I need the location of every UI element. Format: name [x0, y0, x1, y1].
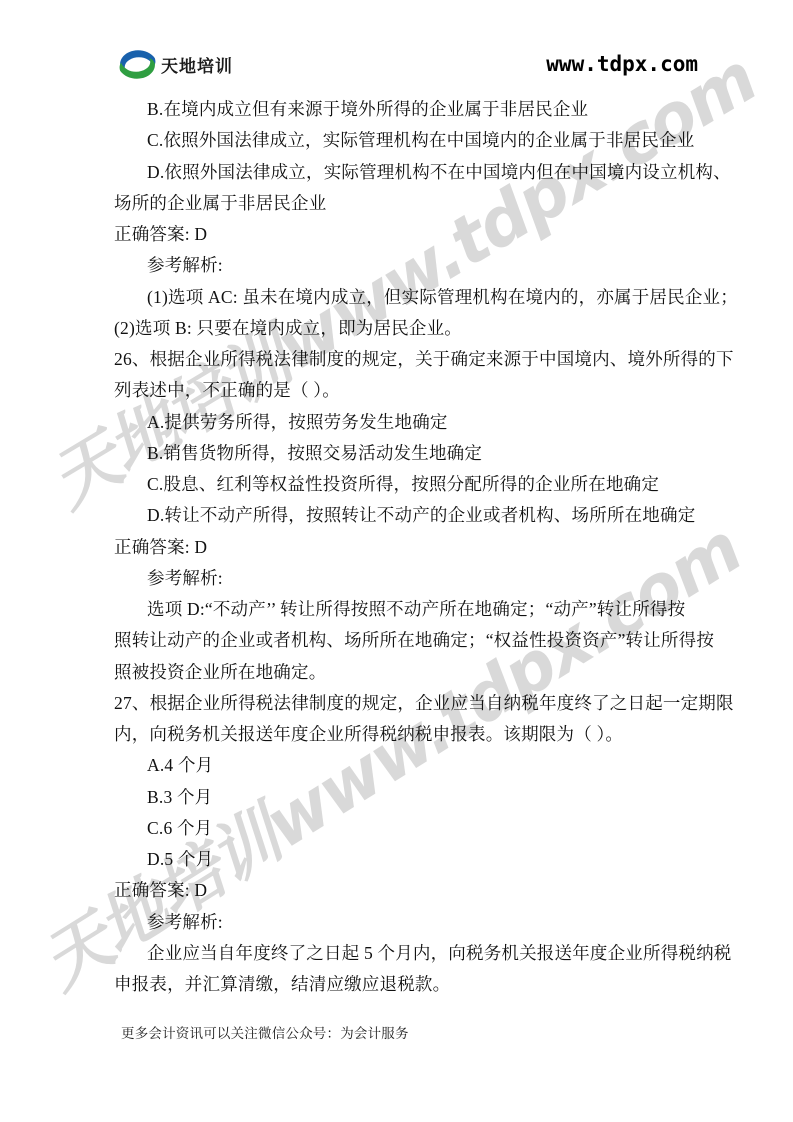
doc-line: C.6 个月 — [114, 813, 714, 844]
doc-line: 参考解析: — [114, 563, 714, 594]
doc-line: B.3 个月 — [114, 782, 714, 813]
doc-line: 正确答案: D — [114, 532, 714, 563]
doc-line: 正确答案: D — [114, 219, 714, 250]
doc-line: 26、根据企业所得税法律制度的规定，关于确定来源于中国境内、境外所得的下 — [114, 344, 714, 375]
doc-line: (2)选项 B: 只要在境内成立，即为居民企业。 — [114, 313, 714, 344]
doc-line: C.股息、红利等权益性投资所得，按照分配所得的企业所在地确定 — [114, 469, 714, 500]
doc-line: 正确答案: D — [114, 875, 714, 906]
document-body: B.在境内成立但有来源于境外所得的企业属于非居民企业C.依照外国法律成立，实际管… — [114, 94, 714, 1000]
doc-line: (1)选项 AC: 虽未在境内成立，但实际管理机构在境内的，亦属于居民企业； — [114, 282, 714, 313]
logo-wordmark: 天地培训 — [161, 52, 233, 77]
site-url: www.tdpx.com — [546, 52, 698, 76]
doc-line: 参考解析: — [114, 907, 714, 938]
doc-line: 27、根据企业所得税法律制度的规定，企业应当自纳税年度终了之日起一定期限 — [114, 688, 714, 719]
doc-line: D.转让不动产所得，按照转让不动产的企业或者机构、场所所在地确定 — [114, 500, 714, 531]
doc-line: 参考解析: — [114, 250, 714, 281]
doc-line: B.在境内成立但有来源于境外所得的企业属于非居民企业 — [114, 94, 714, 125]
tiandi-swirl-icon — [117, 49, 158, 80]
doc-line: 选项 D:“不动产’’ 转让所得按照不动产所在地确定；“动产”转让所得按 — [114, 594, 714, 625]
doc-line: 照转让动产的企业或者机构、场所所在地确定；“权益性投资资产”转让所得按 — [114, 625, 714, 656]
doc-line: 照被投资企业所在地确定。 — [114, 657, 714, 688]
doc-line: 列表述中，不正确的是（ ）。 — [114, 375, 714, 406]
footer-note: 更多会计资讯可以关注微信公众号：为会计服务 — [121, 1024, 409, 1044]
doc-line: C.依照外国法律成立，实际管理机构在中国境内的企业属于非居民企业 — [114, 125, 714, 156]
doc-line: A.4 个月 — [114, 750, 714, 781]
doc-line: 申报表，并汇算清缴，结清应缴应退税款。 — [114, 969, 714, 1000]
doc-line: D.依照外国法律成立，实际管理机构不在中国境内但在中国境内设立机构、 — [114, 157, 714, 188]
document-page: 天地培训 www.tdpx.com 天地培训www.tdpx.com 天地培训w… — [0, 0, 793, 1122]
doc-line: 场所的企业属于非居民企业 — [114, 188, 714, 219]
doc-line: B.销售货物所得，按照交易活动发生地确定 — [114, 438, 714, 469]
doc-line: D.5 个月 — [114, 844, 714, 875]
doc-line: A.提供劳务所得，按照劳务发生地确定 — [114, 407, 714, 438]
tiandi-logo: 天地培训 — [117, 49, 233, 80]
page-header: 天地培训 www.tdpx.com — [0, 0, 793, 90]
doc-line: 内，向税务机关报送年度企业所得税纳税申报表。该期限为（ ）。 — [114, 719, 714, 750]
doc-line: 企业应当自年度终了之日起 5 个月内，向税务机关报送年度企业所得税纳税 — [114, 938, 714, 969]
